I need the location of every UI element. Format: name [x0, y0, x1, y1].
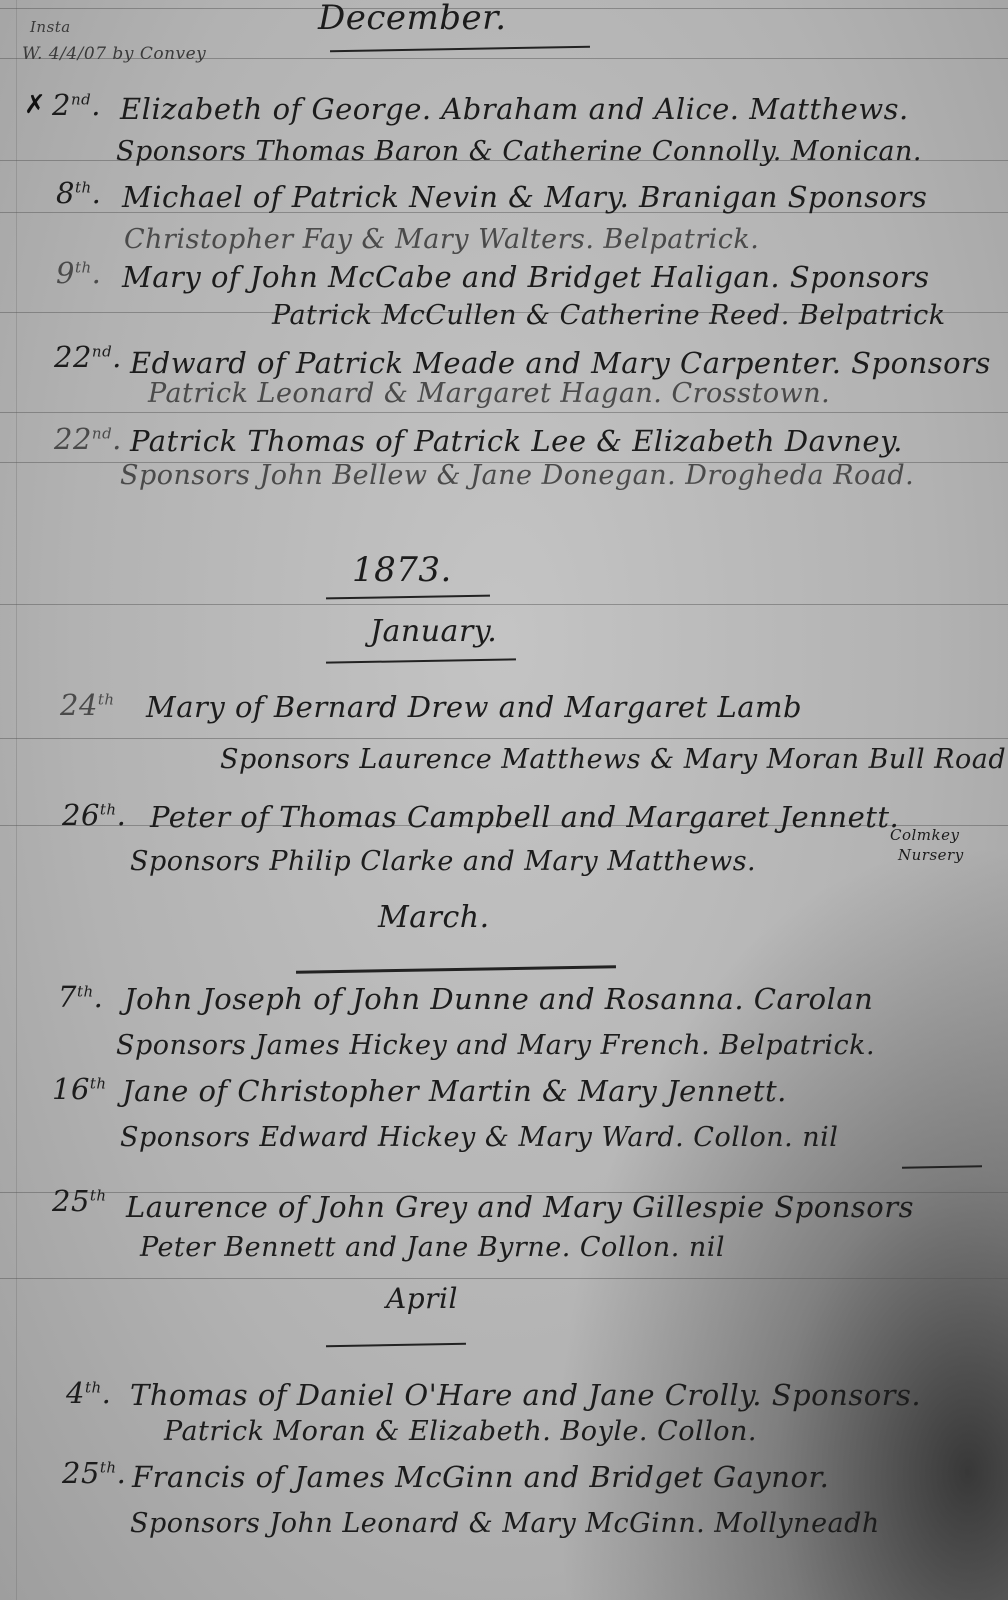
ruled-line [0, 1278, 1008, 1279]
entry-child-parents: Peter of Thomas Campbell and Margaret Je… [150, 800, 899, 834]
cross-mark-icon: ✗ [24, 90, 46, 120]
entry-sponsors: Sponsors Philip Clarke and Mary Matthews… [130, 846, 756, 877]
month-heading-march: March. [378, 900, 490, 935]
ruled-line [0, 604, 1008, 605]
register-page: Insta W. 4/4/07 by Convey December. ✗ 2n… [0, 0, 1008, 1600]
entry-child-parents: Laurence of John Grey and Mary Gillespie… [126, 1190, 914, 1224]
year-underline [326, 595, 490, 600]
margin-line [16, 0, 17, 1600]
entry-sponsors: Sponsors Thomas Baron & Catherine Connol… [116, 136, 922, 167]
entry-sponsors: Patrick Moran & Elizabeth. Boyle. Collon… [164, 1416, 757, 1447]
entry-date: 2nd. [52, 88, 101, 122]
entry-date: 22nd. [54, 340, 122, 374]
month-heading-december: December. [318, 0, 507, 38]
place-note: Colmkey [890, 826, 959, 844]
entry-child-parents: Michael of Patrick Nevin & Mary. Braniga… [122, 180, 927, 214]
heading-underline [330, 46, 590, 53]
entry-child-parents: Patrick Thomas of Patrick Lee & Elizabet… [130, 424, 903, 458]
entry-sponsors: Patrick McCullen & Catherine Reed. Belpa… [272, 300, 946, 331]
margin-note-reference: W. 4/4/07 by Convey [22, 44, 206, 64]
entry-child-parents: Mary of Bernard Drew and Margaret Lamb [146, 690, 802, 724]
entry-child-parents: Francis of James McGinn and Bridget Gayn… [132, 1460, 829, 1494]
month-heading-april: April [386, 1282, 458, 1315]
entry-child-parents: Edward of Patrick Meade and Mary Carpent… [130, 346, 991, 380]
entry-child-parents: Jane of Christopher Martin & Mary Jennet… [122, 1074, 787, 1108]
entry-child-parents: John Joseph of John Dunne and Rosanna. C… [124, 982, 873, 1016]
month-heading-january: January. [370, 614, 497, 649]
place-note: Nursery [898, 846, 964, 864]
entry-sponsors: Peter Bennett and Jane Byrne. Collon. ni… [140, 1232, 725, 1263]
ruled-line [0, 738, 1008, 739]
margin-note-faint: Insta [30, 18, 71, 36]
entry-child-parents: Elizabeth of George. Abraham and Alice. … [120, 92, 909, 126]
entry-date: 25th. [62, 1456, 126, 1490]
entry-sponsors: Sponsors John Leonard & Mary McGinn. Mol… [130, 1508, 880, 1539]
entry-date: 8th. [56, 176, 101, 210]
separator-mark [902, 1165, 982, 1168]
entry-sponsors: Patrick Leonard & Margaret Hagan. Crosst… [148, 378, 830, 409]
entry-sponsors: Sponsors Edward Hickey & Mary Ward. Coll… [120, 1122, 838, 1153]
entry-sponsors: Sponsors James Hickey and Mary French. B… [116, 1030, 875, 1061]
entry-sponsors: Christopher Fay & Mary Walters. Belpatri… [124, 224, 759, 255]
heading-underline [296, 965, 616, 974]
entry-date: 26th. [62, 798, 126, 832]
year-heading: 1873. [352, 550, 452, 590]
ruled-line [0, 412, 1008, 413]
heading-underline [326, 1343, 466, 1347]
heading-underline [326, 658, 516, 663]
entry-sponsors: Sponsors Laurence Matthews & Mary Moran … [220, 744, 1006, 775]
entry-date: 9th. [56, 256, 101, 290]
entry-date: 7th. [58, 980, 103, 1014]
entry-child-parents: Thomas of Daniel O'Hare and Jane Crolly.… [130, 1378, 921, 1412]
entry-date: 16th [52, 1072, 107, 1106]
entry-date: 22nd. [54, 422, 122, 456]
entry-child-parents: Mary of John McCabe and Bridget Haligan.… [122, 260, 930, 294]
entry-date: 4th. [66, 1376, 111, 1410]
entry-sponsors: Sponsors John Bellew & Jane Donegan. Dro… [120, 460, 914, 491]
entry-date: 24th [60, 688, 115, 722]
entry-date: 25th [52, 1184, 107, 1218]
